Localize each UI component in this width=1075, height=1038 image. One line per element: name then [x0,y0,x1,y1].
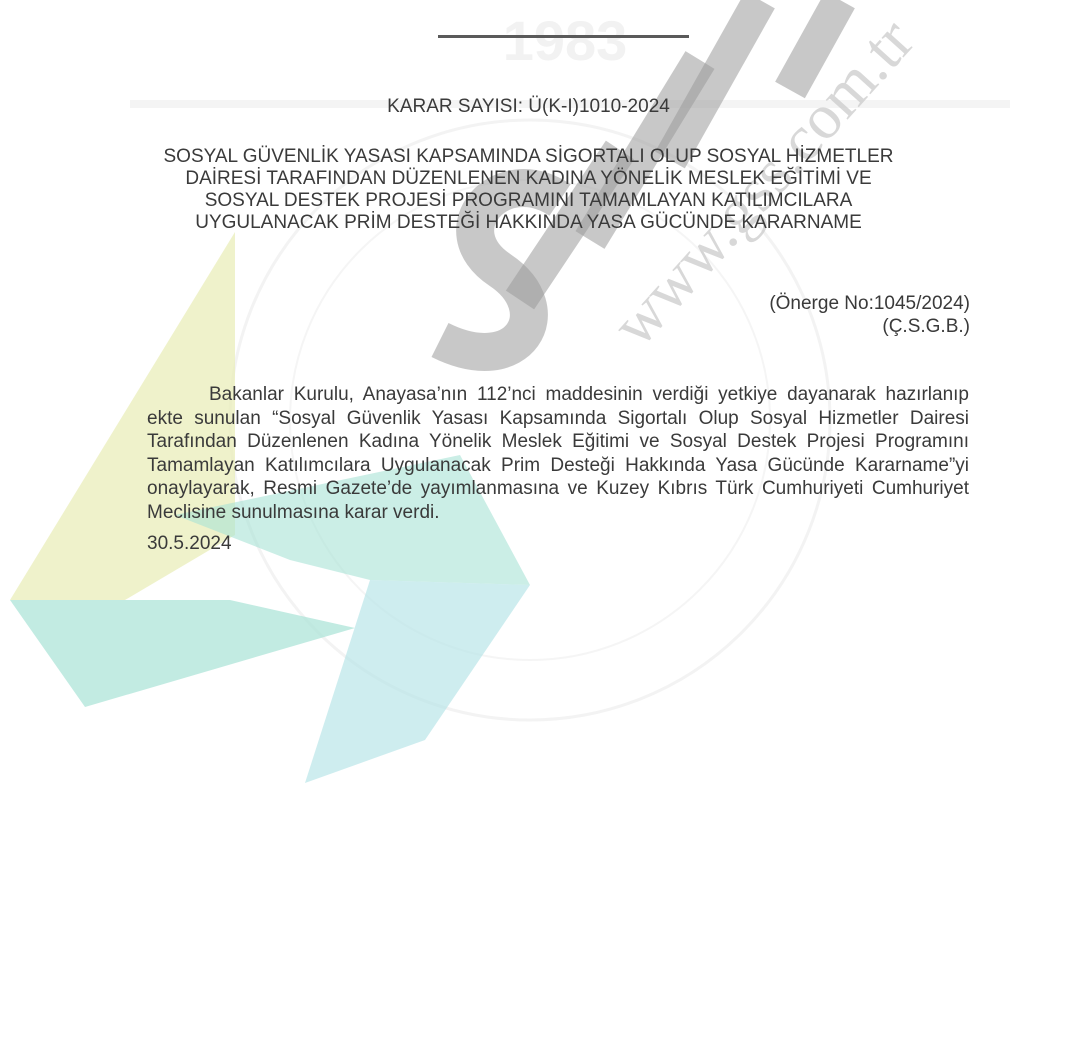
watermark-year: 1983 [503,9,628,72]
decision-date: 30.5.2024 [147,533,232,555]
title-line: SOSYAL DESTEK PROJESİ PROGRAMINI TAMAMLA… [100,190,957,212]
ministry-code: (Ç.S.G.B.) [769,315,970,338]
title-line: DAİRESİ TARAFINDAN DÜZENLENEN KADINA YÖN… [100,168,957,190]
decision-number: KARAR SAYISI: Ü(K-I)1010-2024 [0,96,1057,118]
title-line: UYGULANACAK PRİM DESTEĞİ HAKKINDA YASA G… [100,212,957,234]
title-line: SOSYAL GÜVENLİK YASASI KAPSAMINDA SİGORT… [100,146,957,168]
document-title: SOSYAL GÜVENLİK YASASI KAPSAMINDA SİGORT… [100,146,957,234]
watermark-cyan-shape [305,580,530,783]
decision-body: Bakanlar Kurulu, Anayasa’nın 112’nci mad… [147,383,969,524]
motion-number: (Önerge No:1045/2024) [769,292,970,315]
reference-block: (Önerge No:1045/2024) (Ç.S.G.B.) [769,292,970,338]
watermark-teal-shape [10,600,355,707]
header-rule [438,35,689,38]
